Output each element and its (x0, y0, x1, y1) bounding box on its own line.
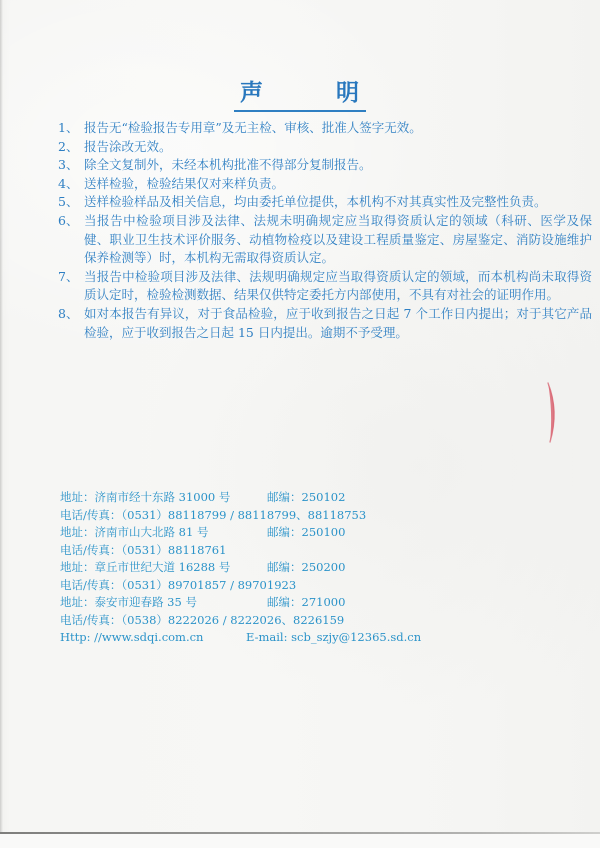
item-text: 除全文复制外，未经本机构批准不得部分复制报告。 (84, 156, 594, 175)
item-text: 报告无“检验报告专用章”及无主检、审核、批准人签字无效。 (84, 119, 594, 138)
item-text: 送样检验样品及相关信息，均由委托单位提供，本机构不对其真实性及完整性负责。 (84, 193, 594, 212)
scanner-background-strip (0, 834, 600, 848)
item-number: 6、 (58, 212, 84, 268)
postal-code: 邮编：250102 (267, 489, 345, 507)
postal-code: 邮编：250100 (267, 524, 345, 542)
declaration-list: 1、 报告无“检验报告专用章”及无主检、审核、批准人签字无效。 2、 报告涂改无… (58, 119, 594, 342)
website-text: Http: //www.sdqi.com.cn (60, 629, 246, 647)
red-ink-mark-icon (542, 381, 562, 447)
contact-line-address-2: 地址：济南市山大北路 81 号 邮编：250100 (60, 524, 580, 542)
address-text: 地址：章丘市世纪大道 16288 号 (60, 559, 267, 577)
phone-text: 电话/传真：（0531）89701857 / 89701923 (60, 577, 296, 595)
address-text: 地址：济南市山大北路 81 号 (60, 524, 267, 542)
contact-line-phone-1: 电话/传真：（0531）88118799 / 88118799、88118753 (60, 507, 580, 525)
item-text: 送样检验，检验结果仅对来样负责。 (84, 175, 594, 194)
declaration-item-4: 4、 送样检验，检验结果仅对来样负责。 (58, 175, 594, 194)
page-title: 声 明 (0, 74, 600, 112)
item-text: 当报告中检验项目涉及法律、法规未明确规定应当取得资质认定的领域（科研、医学及保健… (84, 212, 594, 268)
item-text: 当报告中检验项目涉及法律、法规明确规定应当取得资质认定的领域，而本机构尚未取得资… (84, 268, 594, 305)
email-text: E-mail: scb_szjy@12365.sd.cn (246, 629, 421, 647)
declaration-item-3: 3、 除全文复制外，未经本机构批准不得部分复制报告。 (58, 156, 594, 175)
declaration-item-1: 1、 报告无“检验报告专用章”及无主检、审核、批准人签字无效。 (58, 119, 594, 138)
contact-block: 地址：济南市经十东路 31000 号 邮编：250102 电话/传真：（0531… (60, 489, 580, 647)
postal-code: 邮编：271000 (267, 594, 345, 612)
scanned-declaration-page: 声 明 1、 报告无“检验报告专用章”及无主检、审核、批准人签字无效。 2、 报… (0, 0, 600, 848)
item-number: 3、 (58, 156, 84, 175)
scan-left-edge-shadow (0, 0, 3, 833)
item-number: 8、 (58, 305, 84, 342)
declaration-item-2: 2、 报告涂改无效。 (58, 138, 594, 157)
item-number: 4、 (58, 175, 84, 194)
item-number: 2、 (58, 138, 84, 157)
declaration-item-6: 6、 当报告中检验项目涉及法律、法规未明确规定应当取得资质认定的领域（科研、医学… (58, 212, 594, 268)
contact-line-phone-3: 电话/传真：（0531）89701857 / 89701923 (60, 577, 580, 595)
item-number: 1、 (58, 119, 84, 138)
item-text: 如对本报告有异议，对于食品检验，应于收到报告之日起 7 个工作日内提出；对于其它… (84, 305, 594, 342)
contact-line-web: Http: //www.sdqi.com.cn E-mail: scb_szjy… (60, 629, 580, 647)
contact-line-phone-2: 电话/传真：（0531）88118761 (60, 542, 580, 560)
phone-text: 电话/传真：（0531）88118761 (60, 542, 267, 560)
phone-text: 电话/传真：（0538）8222026 / 8222026、8226159 (60, 612, 344, 630)
item-text: 报告涂改无效。 (84, 138, 594, 157)
contact-line-address-3: 地址：章丘市世纪大道 16288 号 邮编：250200 (60, 559, 580, 577)
item-number: 7、 (58, 268, 84, 305)
phone-text: 电话/传真：（0531）88118799 / 88118799、88118753 (60, 507, 366, 525)
contact-line-address-4: 地址：泰安市迎春路 35 号 邮编：271000 (60, 594, 580, 612)
declaration-item-8: 8、 如对本报告有异议，对于食品检验，应于收到报告之日起 7 个工作日内提出；对… (58, 305, 594, 342)
declaration-item-5: 5、 送样检验样品及相关信息，均由委托单位提供，本机构不对其真实性及完整性负责。 (58, 193, 594, 212)
address-text: 地址：泰安市迎春路 35 号 (60, 594, 267, 612)
contact-line-address-1: 地址：济南市经十东路 31000 号 邮编：250102 (60, 489, 580, 507)
address-text: 地址：济南市经十东路 31000 号 (60, 489, 267, 507)
declaration-item-7: 7、 当报告中检验项目涉及法律、法规明确规定应当取得资质认定的领域，而本机构尚未… (58, 268, 594, 305)
contact-line-phone-4: 电话/传真：（0538）8222026 / 8222026、8226159 (60, 612, 580, 630)
page-title-text: 声 明 (234, 74, 366, 112)
postal-code: 邮编：250200 (267, 559, 345, 577)
item-number: 5、 (58, 193, 84, 212)
